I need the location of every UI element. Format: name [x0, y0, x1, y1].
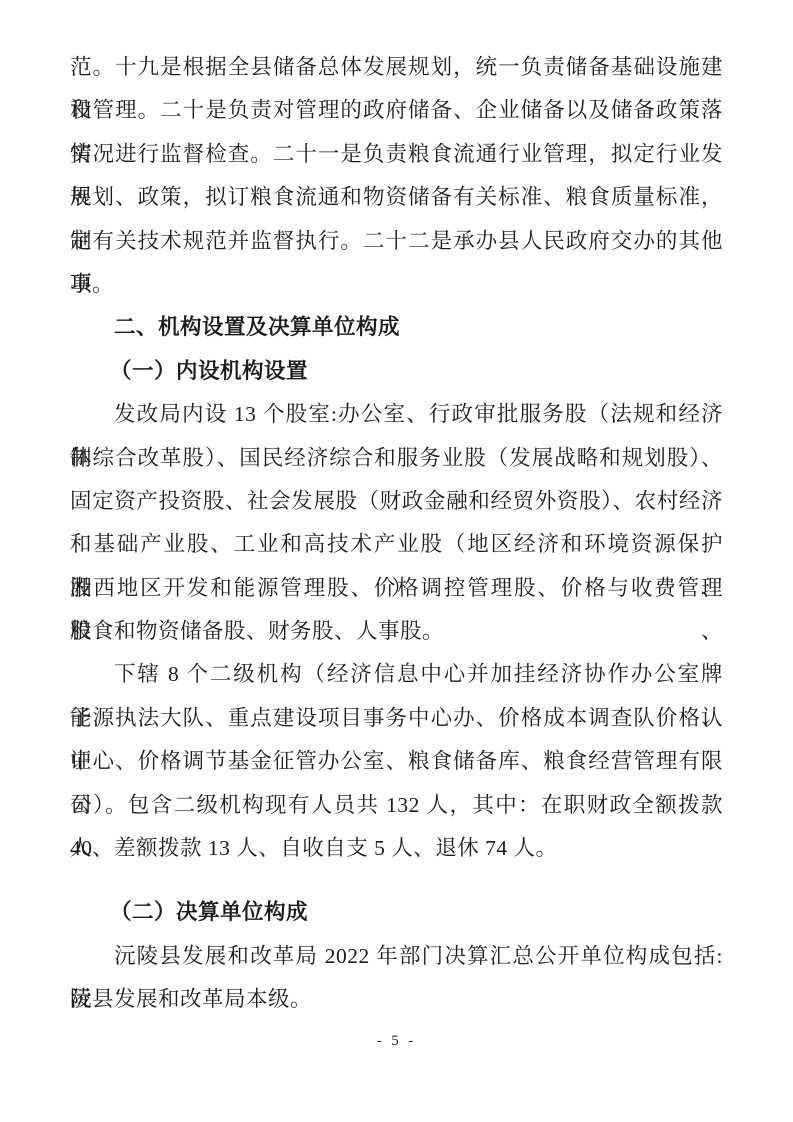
- body-line: 定有关技术规范并监督执行。二十二是承办县人民政府交办的其他事: [70, 220, 723, 263]
- body-line: 项。: [70, 263, 723, 306]
- body-line: 沅陵县发展和改革局 2022 年部门决算汇总公开单位构成包括: 沅: [70, 935, 723, 978]
- body-line: 和管理。二十是负责对管理的政府储备、企业储备以及储备政策落实: [70, 89, 723, 132]
- document-page: 范。十九是根据全县储备总体发展规划，统一负责储备基础设施建设 和管理。二十是负责…: [0, 0, 793, 1122]
- body-line: 中心、价格调节基金征管办公室、粮食储备库、粮食经营管理有限公: [70, 740, 723, 783]
- body-line: 规划、政策，拟订粮食流通和物资储备有关标准、粮食质量标准，制: [70, 176, 723, 219]
- body-line: 人、差额拨款 13 人、自收自支 5 人、退休 74 人。: [70, 827, 723, 870]
- body-line: 和基础产业股、工业和高技术产业股（地区经济和环境资源保护股）、: [70, 523, 723, 566]
- body-line: 制综合改革股）、国民经济综合和服务业股（发展战略和规划股）、: [70, 437, 723, 480]
- body-line: 固定资产投资股、社会发展股（财政金融和经贸外资股）、农村经济: [70, 480, 723, 523]
- body-line: 情况进行监督检查。二十一是负责粮食流通行业管理，拟定行业发展: [70, 133, 723, 176]
- body-line: 下辖 8 个二级机构（经济信息中心并加挂经济协作办公室牌子、: [70, 653, 723, 696]
- body-line: 陵县发展和改革局本级。: [70, 978, 723, 1021]
- subsection-heading-unit-composition: （二）决算单位构成: [70, 891, 723, 934]
- body-line: 司）。包含二级机构现有人员共 132 人，其中：在职财政全额拨款 40: [70, 784, 723, 827]
- body-line: 湘西地区开发和能源管理股、价格调控管理股、价格与收费管理股、: [70, 567, 723, 610]
- document-body: 范。十九是根据全县储备总体发展规划，统一负责储备基础设施建设 和管理。二十是负责…: [70, 46, 723, 1022]
- body-line: 发改局内设 13 个股室:办公室、行政审批服务股（法规和经济体: [70, 393, 723, 436]
- subsection-heading-internal-orgs: （一）内设机构设置: [70, 350, 723, 393]
- section-heading-org-setup: 二、机构设置及决算单位构成: [70, 306, 723, 349]
- body-line: 能源执法大队、重点建设项目事务中心办、价格成本调查队价格认证: [70, 697, 723, 740]
- body-line: 范。十九是根据全县储备总体发展规划，统一负责储备基础设施建设: [70, 46, 723, 89]
- vertical-gap: [70, 870, 723, 891]
- page-number: - 5 -: [0, 1033, 793, 1050]
